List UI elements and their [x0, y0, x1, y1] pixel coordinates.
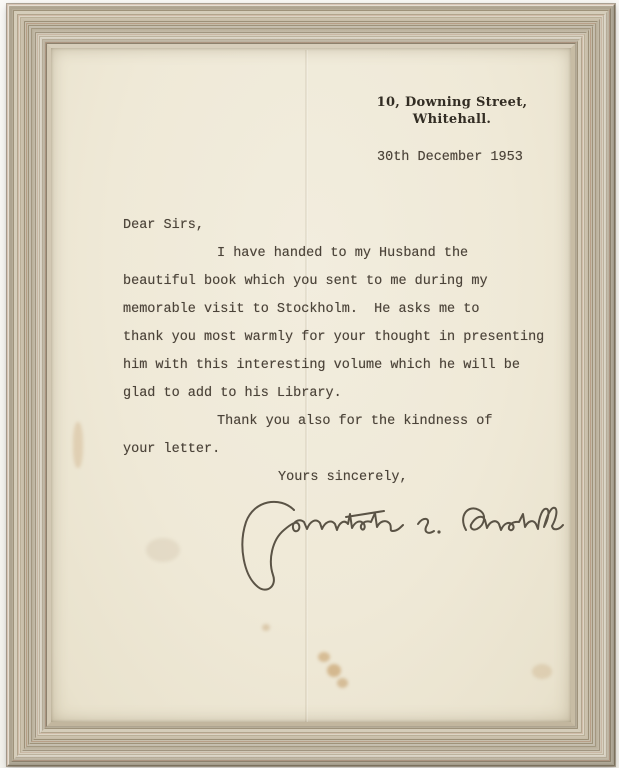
letterhead-address: 10, Downing Street,	[352, 94, 552, 111]
letter-line: glad to add to his Library.	[123, 386, 544, 414]
typed-letter: 10, Downing Street, Whitehall. 30th Dece…	[0, 0, 619, 768]
letterhead-city: Whitehall.	[352, 111, 552, 128]
letterhead: 10, Downing Street, Whitehall.	[352, 94, 552, 128]
letter-line: him with this interesting volume which h…	[123, 358, 544, 386]
letter-line: Thank you also for the kindness of	[123, 414, 544, 442]
signature-autograph	[236, 494, 566, 594]
photo-background: 10, Downing Street, Whitehall. 30th Dece…	[0, 0, 619, 768]
letter-line: memorable visit to Stockholm. He asks me…	[123, 302, 544, 330]
letter-line: thank you most warmly for your thought i…	[123, 330, 544, 358]
salutation: Dear Sirs,	[123, 218, 544, 246]
letter-line: your letter.	[123, 442, 544, 470]
letter-date: 30th December 1953	[377, 150, 523, 165]
letter-line: beautiful book which you sent to me duri…	[123, 274, 544, 302]
letter-body: Dear Sirs, I have handed to my Husband t…	[123, 218, 544, 498]
letter-line: I have handed to my Husband the	[123, 246, 544, 274]
